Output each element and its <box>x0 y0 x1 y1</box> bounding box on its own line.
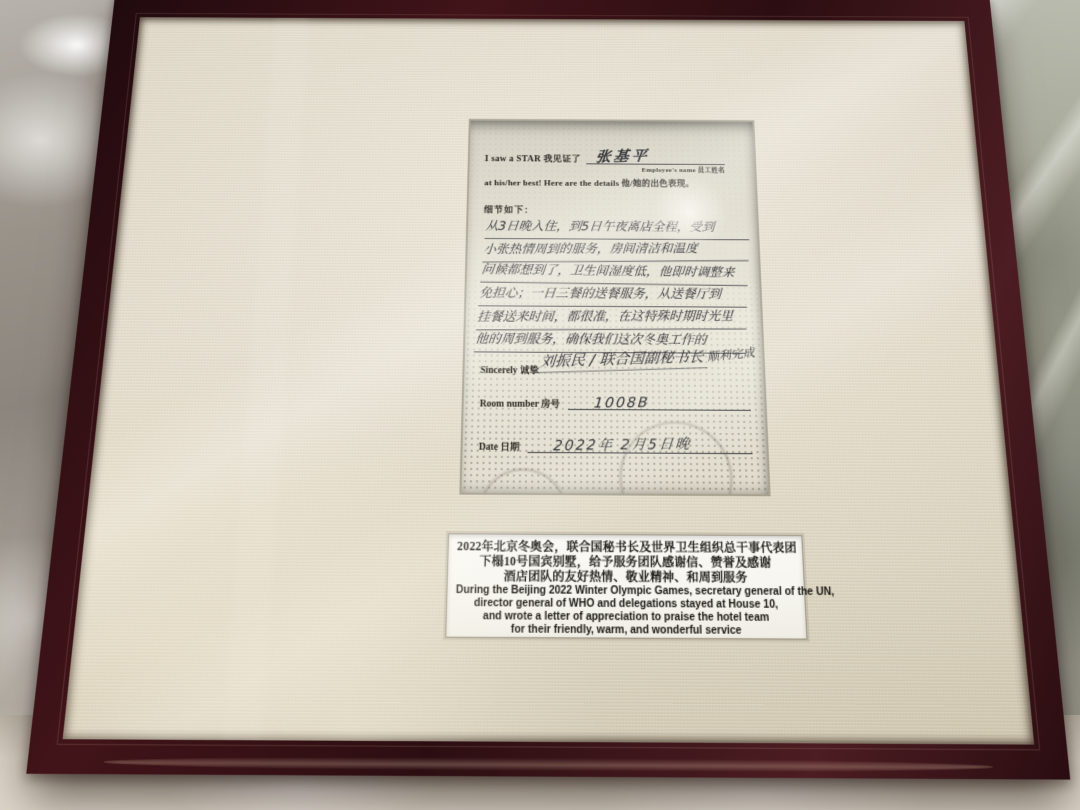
letter-heading: I saw a STAR 我见证了 张基平 Employee's name 员工… <box>485 142 745 165</box>
photograph: I saw a STAR 我见证了 张基平 Employee's name 员工… <box>0 0 1080 810</box>
date-value: 2022年 2月5日晚 <box>553 433 693 455</box>
employee-name-line: 张基平 Employee's name 员工姓名 <box>586 142 725 165</box>
handwritten-line: 从3日晚入住，到5日午夜离店全程，受到 <box>485 217 750 240</box>
appreciation-letter: I saw a STAR 我见证了 张基平 Employee's name 员工… <box>461 121 768 495</box>
room-number-label: Room number 房号 <box>480 396 560 410</box>
handwritten-trailing: 顺利完成 <box>706 344 756 365</box>
room-number-rule: 1008B <box>568 393 751 411</box>
details-label: 细节如下： <box>484 202 535 215</box>
room-number-value: 1008B <box>593 395 650 412</box>
plaque-en-line: for their friendly, warm, and wonderful … <box>455 624 798 639</box>
signature-handwritten: 刘振民 / 联合国副秘书长 <box>535 346 708 373</box>
handwritten-line: 免担心；一日三餐的送餐服务，从送餐厅到 <box>478 284 748 308</box>
handwritten-paragraph: 从3日晚入住，到5日午夜离店全程，受到 小张热情周到的服务，房间清洁和温度 问候… <box>474 217 750 354</box>
employee-name-caption: Employee's name 员工姓名 <box>642 165 726 174</box>
handwritten-line: 小张热情周到的服务，房间清洁和温度 <box>482 239 749 263</box>
picture-frame: I saw a STAR 我见证了 张基平 Employee's name 员工… <box>26 0 1070 780</box>
description-plaque: 2022年北京冬奥会，联合国秘书长及世界卫生组织总干事代表团 下榻10号国宾别墅… <box>446 534 806 638</box>
heading-prefix: I saw a STAR 我见证了 <box>485 155 581 164</box>
handwritten-line: 挂餐送来时间，都很准，在这特殊时期时光里 <box>476 307 747 331</box>
date-label: Date 日期 <box>479 439 520 453</box>
heading-suffix: at his/her best! Here are the details 他/… <box>484 176 694 189</box>
closing-label: Sincerely 诚挚 <box>480 362 539 376</box>
frame-mat: I saw a STAR 我见证了 张基平 Employee's name 员工… <box>63 17 1035 745</box>
room-number-row: Room number 房号 1008B <box>480 393 751 411</box>
employee-name-handwritten: 张基平 <box>595 144 651 166</box>
date-row: Date 日期 2022年 2月5日晚 <box>479 436 753 455</box>
date-rule: 2022年 2月5日晚 <box>528 436 753 454</box>
handwritten-line: 问候都想到了，卫生间湿度低，他即时调整来 <box>480 260 748 286</box>
plaque-en-line: and wrote a letter of appreciation to pr… <box>455 610 797 625</box>
